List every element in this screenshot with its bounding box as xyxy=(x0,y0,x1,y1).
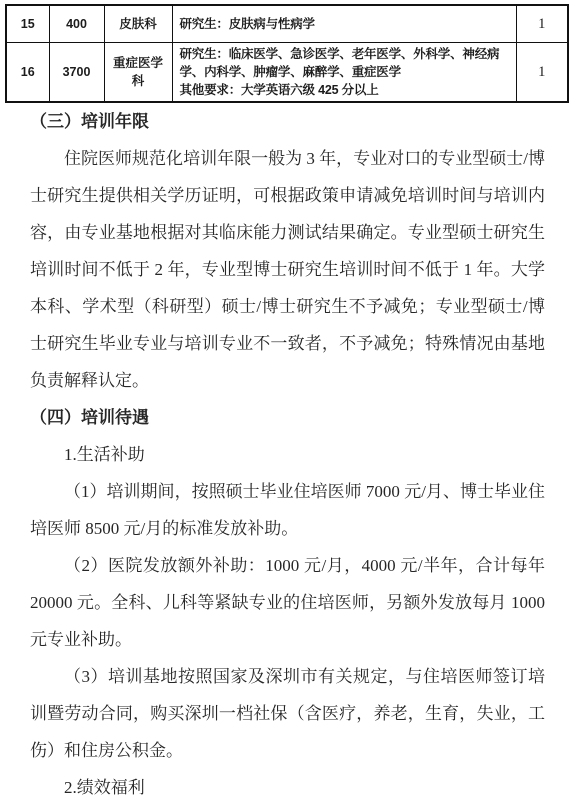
quota-cell: 1 xyxy=(516,5,568,42)
requirement-cell: 研究生：临床医学、急诊医学、老年医学、外科学、神经病学、内科学、肿瘤学、麻醉学、… xyxy=(172,42,516,102)
enrollment-quota-table: 15 400 皮肤科 研究生：皮肤病与性病学 1 16 3700 重症医学科 研… xyxy=(5,4,569,103)
table-row: 15 400 皮肤科 研究生：皮肤病与性病学 1 xyxy=(6,5,568,42)
paragraph-allowance-1: （1）培训期间，按照硕士毕业住培医师 7000 元/月、博士毕业住培医师 850… xyxy=(30,473,545,547)
section-heading-training-period: （三）培训年限 xyxy=(30,103,545,140)
list-item-performance-welfare: 2.绩效福利 xyxy=(30,769,545,803)
requirement-line: 其他要求：大学英语六级 425 分以上 xyxy=(180,81,509,99)
paragraph-training-period: 住院医师规范化培训年限一般为 3 年，专业对口的专业型硕士/博士研究生提供相关学… xyxy=(30,140,545,399)
requirement-line: 研究生：皮肤病与性病学 xyxy=(180,15,509,33)
department-cell: 重症医学科 xyxy=(104,42,172,102)
dept-code-cell: 400 xyxy=(49,5,104,42)
requirement-line: 研究生：临床医学、急诊医学、老年医学、外科学、神经病学、内科学、肿瘤学、麻醉学、… xyxy=(180,45,509,81)
paragraph-allowance-3: （3）培训基地按照国家及深圳市有关规定，与住培医师签订培训暨劳动合同，购买深圳一… xyxy=(30,658,545,769)
requirement-cell: 研究生：皮肤病与性病学 xyxy=(172,5,516,42)
quota-cell: 1 xyxy=(516,42,568,102)
document-body: （三）培训年限 住院医师规范化培训年限一般为 3 年，专业对口的专业型硕士/博士… xyxy=(30,103,545,803)
department-cell: 皮肤科 xyxy=(104,5,172,42)
section-heading-training-benefits: （四）培训待遇 xyxy=(30,399,545,436)
list-item-living-allowance: 1.生活补助 xyxy=(30,436,545,473)
document-page: 15 400 皮肤科 研究生：皮肤病与性病学 1 16 3700 重症医学科 研… xyxy=(0,0,575,803)
row-number-cell: 15 xyxy=(6,5,49,42)
row-number-cell: 16 xyxy=(6,42,49,102)
paragraph-allowance-2: （2）医院发放额外补助：1000 元/月，4000 元/半年，合计每年 2000… xyxy=(30,547,545,658)
table-row: 16 3700 重症医学科 研究生：临床医学、急诊医学、老年医学、外科学、神经病… xyxy=(6,42,568,102)
dept-code-cell: 3700 xyxy=(49,42,104,102)
